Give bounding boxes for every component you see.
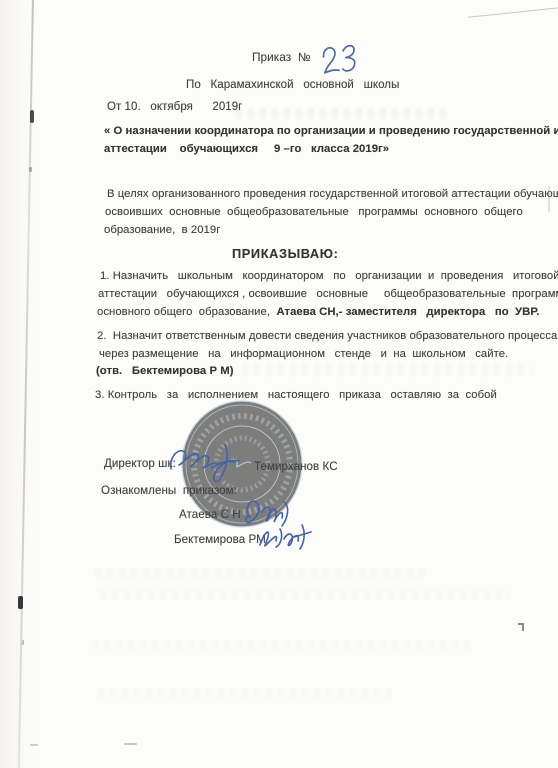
scan-mark xyxy=(30,744,38,746)
preamble-line-3: образование, в 2019г xyxy=(104,224,220,236)
ghost-text-band xyxy=(98,688,398,698)
ghost-text-band xyxy=(242,364,532,376)
item3-line: 3. Контроль за исполнением настоящего пр… xyxy=(95,389,497,401)
order-label: Приказ № xyxy=(252,50,311,64)
ghost-text-band xyxy=(92,640,472,650)
item1-line-3: основного общего образование, Атаева СН,… xyxy=(97,306,539,318)
preamble-line-2: освоивших основные общеобразовательные п… xyxy=(105,206,523,218)
scan-smudge xyxy=(18,596,23,609)
item1-line-3-bold: Атаева СН,- заместителя директора по УВР… xyxy=(276,306,539,318)
subject-line-2: аттестации обучающихся 9 –го класса 2019… xyxy=(104,143,389,155)
item2-line-2: через размещение на информационном стенд… xyxy=(99,348,508,360)
handwritten-order-number-icon: 23 xyxy=(318,40,366,80)
scan-smudge xyxy=(30,110,34,123)
ghost-text-band xyxy=(236,108,450,119)
ack2-signature-icon xyxy=(254,518,316,554)
director-signature-icon xyxy=(166,437,260,485)
preamble-line-1: В целях организованного проведения госуд… xyxy=(107,188,558,200)
item1-line-3-normal: основного общего образование, xyxy=(97,306,276,318)
school-line: По Карамахинской основной школы xyxy=(186,79,399,91)
item2-line-1: 2. Назначит ответственным довести сведен… xyxy=(97,330,557,342)
subject-line-1: « О назначении координатора по организац… xyxy=(104,125,558,137)
ghost-text-band xyxy=(95,568,425,578)
scan-smudge xyxy=(22,640,24,645)
scanned-order-document: Приказ № 23 По Карамахинской основной шк… xyxy=(0,0,558,768)
ack1-name: Атаева С Н xyxy=(179,508,241,521)
item2-line-3: (отв. Бектемирова Р М) xyxy=(96,365,234,377)
item1-line-1: 1. Назначить школьным координатором по о… xyxy=(100,270,558,282)
item1-line-2: аттестации обучающихся , освоившие основ… xyxy=(98,288,558,300)
director-name: Темирханов КС xyxy=(254,460,338,473)
ghost-text-band xyxy=(100,590,510,600)
date-line: От 10. октября 2019г xyxy=(107,101,242,113)
scan-corner-line xyxy=(468,7,558,18)
ack2-name: Бектемирова РМ xyxy=(174,533,266,546)
scan-smudge xyxy=(29,167,32,172)
resolve-heading: ПРИКАЗЫВАЮ: xyxy=(232,246,338,261)
scan-mark xyxy=(124,743,137,745)
scan-mark xyxy=(522,625,524,631)
ack-label: Ознакомлены приказом: xyxy=(101,484,237,497)
